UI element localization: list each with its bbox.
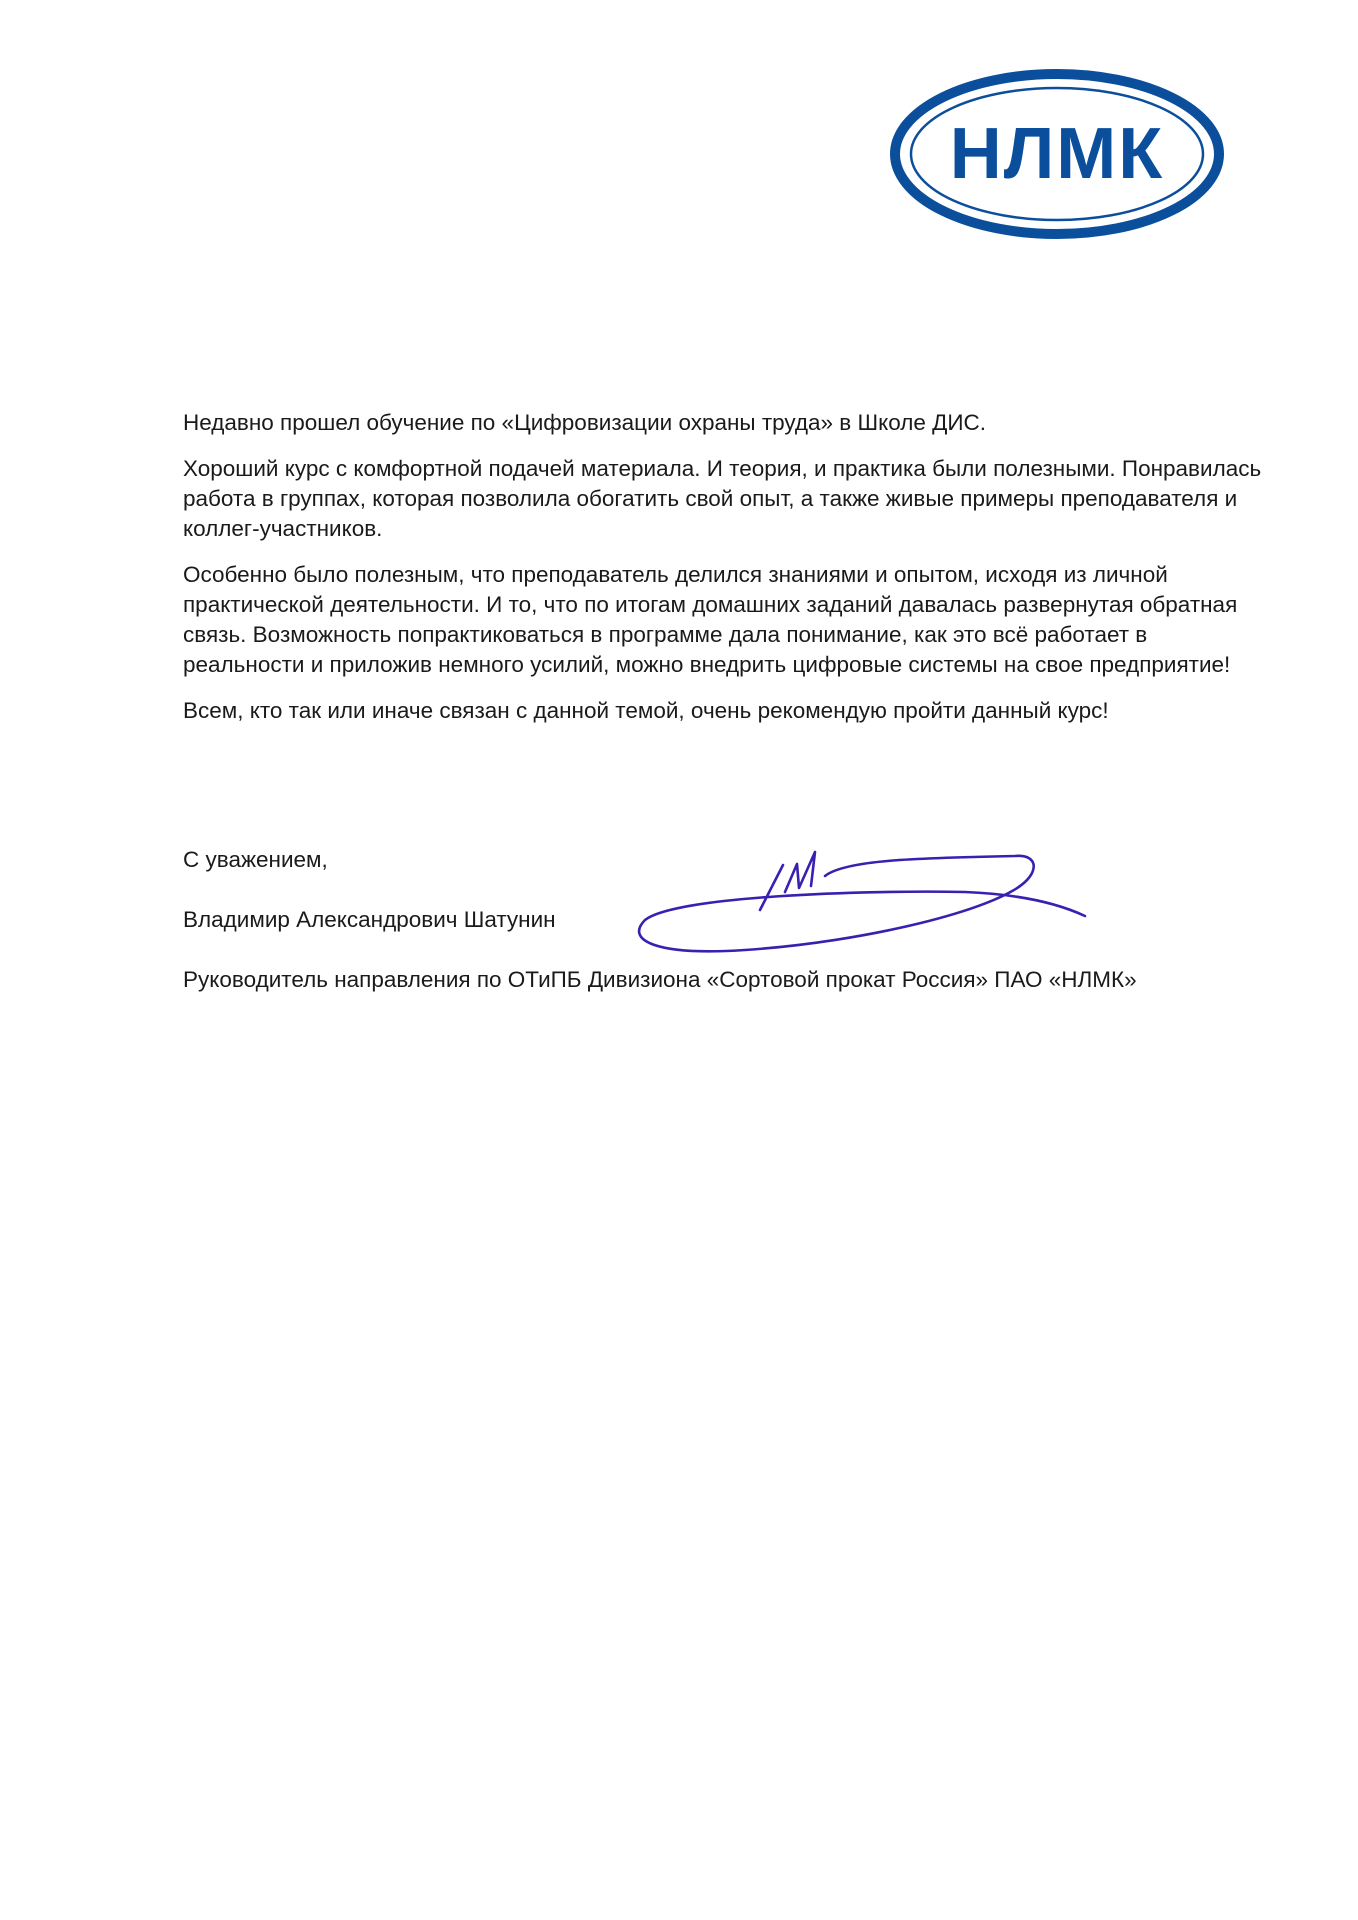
letter-body: Недавно прошел обучение по «Цифровизации… [183,408,1263,742]
paragraph-course: Хороший курс с комфортной подачей матери… [183,454,1263,544]
paragraph-recommendation: Всем, кто так или иначе связан с данной … [183,696,1263,726]
signature [615,820,1095,970]
logo-text: НЛМК [950,114,1164,194]
paragraph-intro: Недавно прошел обучение по «Цифровизации… [183,408,1263,438]
paragraph-benefits: Особенно было полезным, что преподавател… [183,560,1263,680]
nlmk-logo: НЛМК [888,68,1226,240]
